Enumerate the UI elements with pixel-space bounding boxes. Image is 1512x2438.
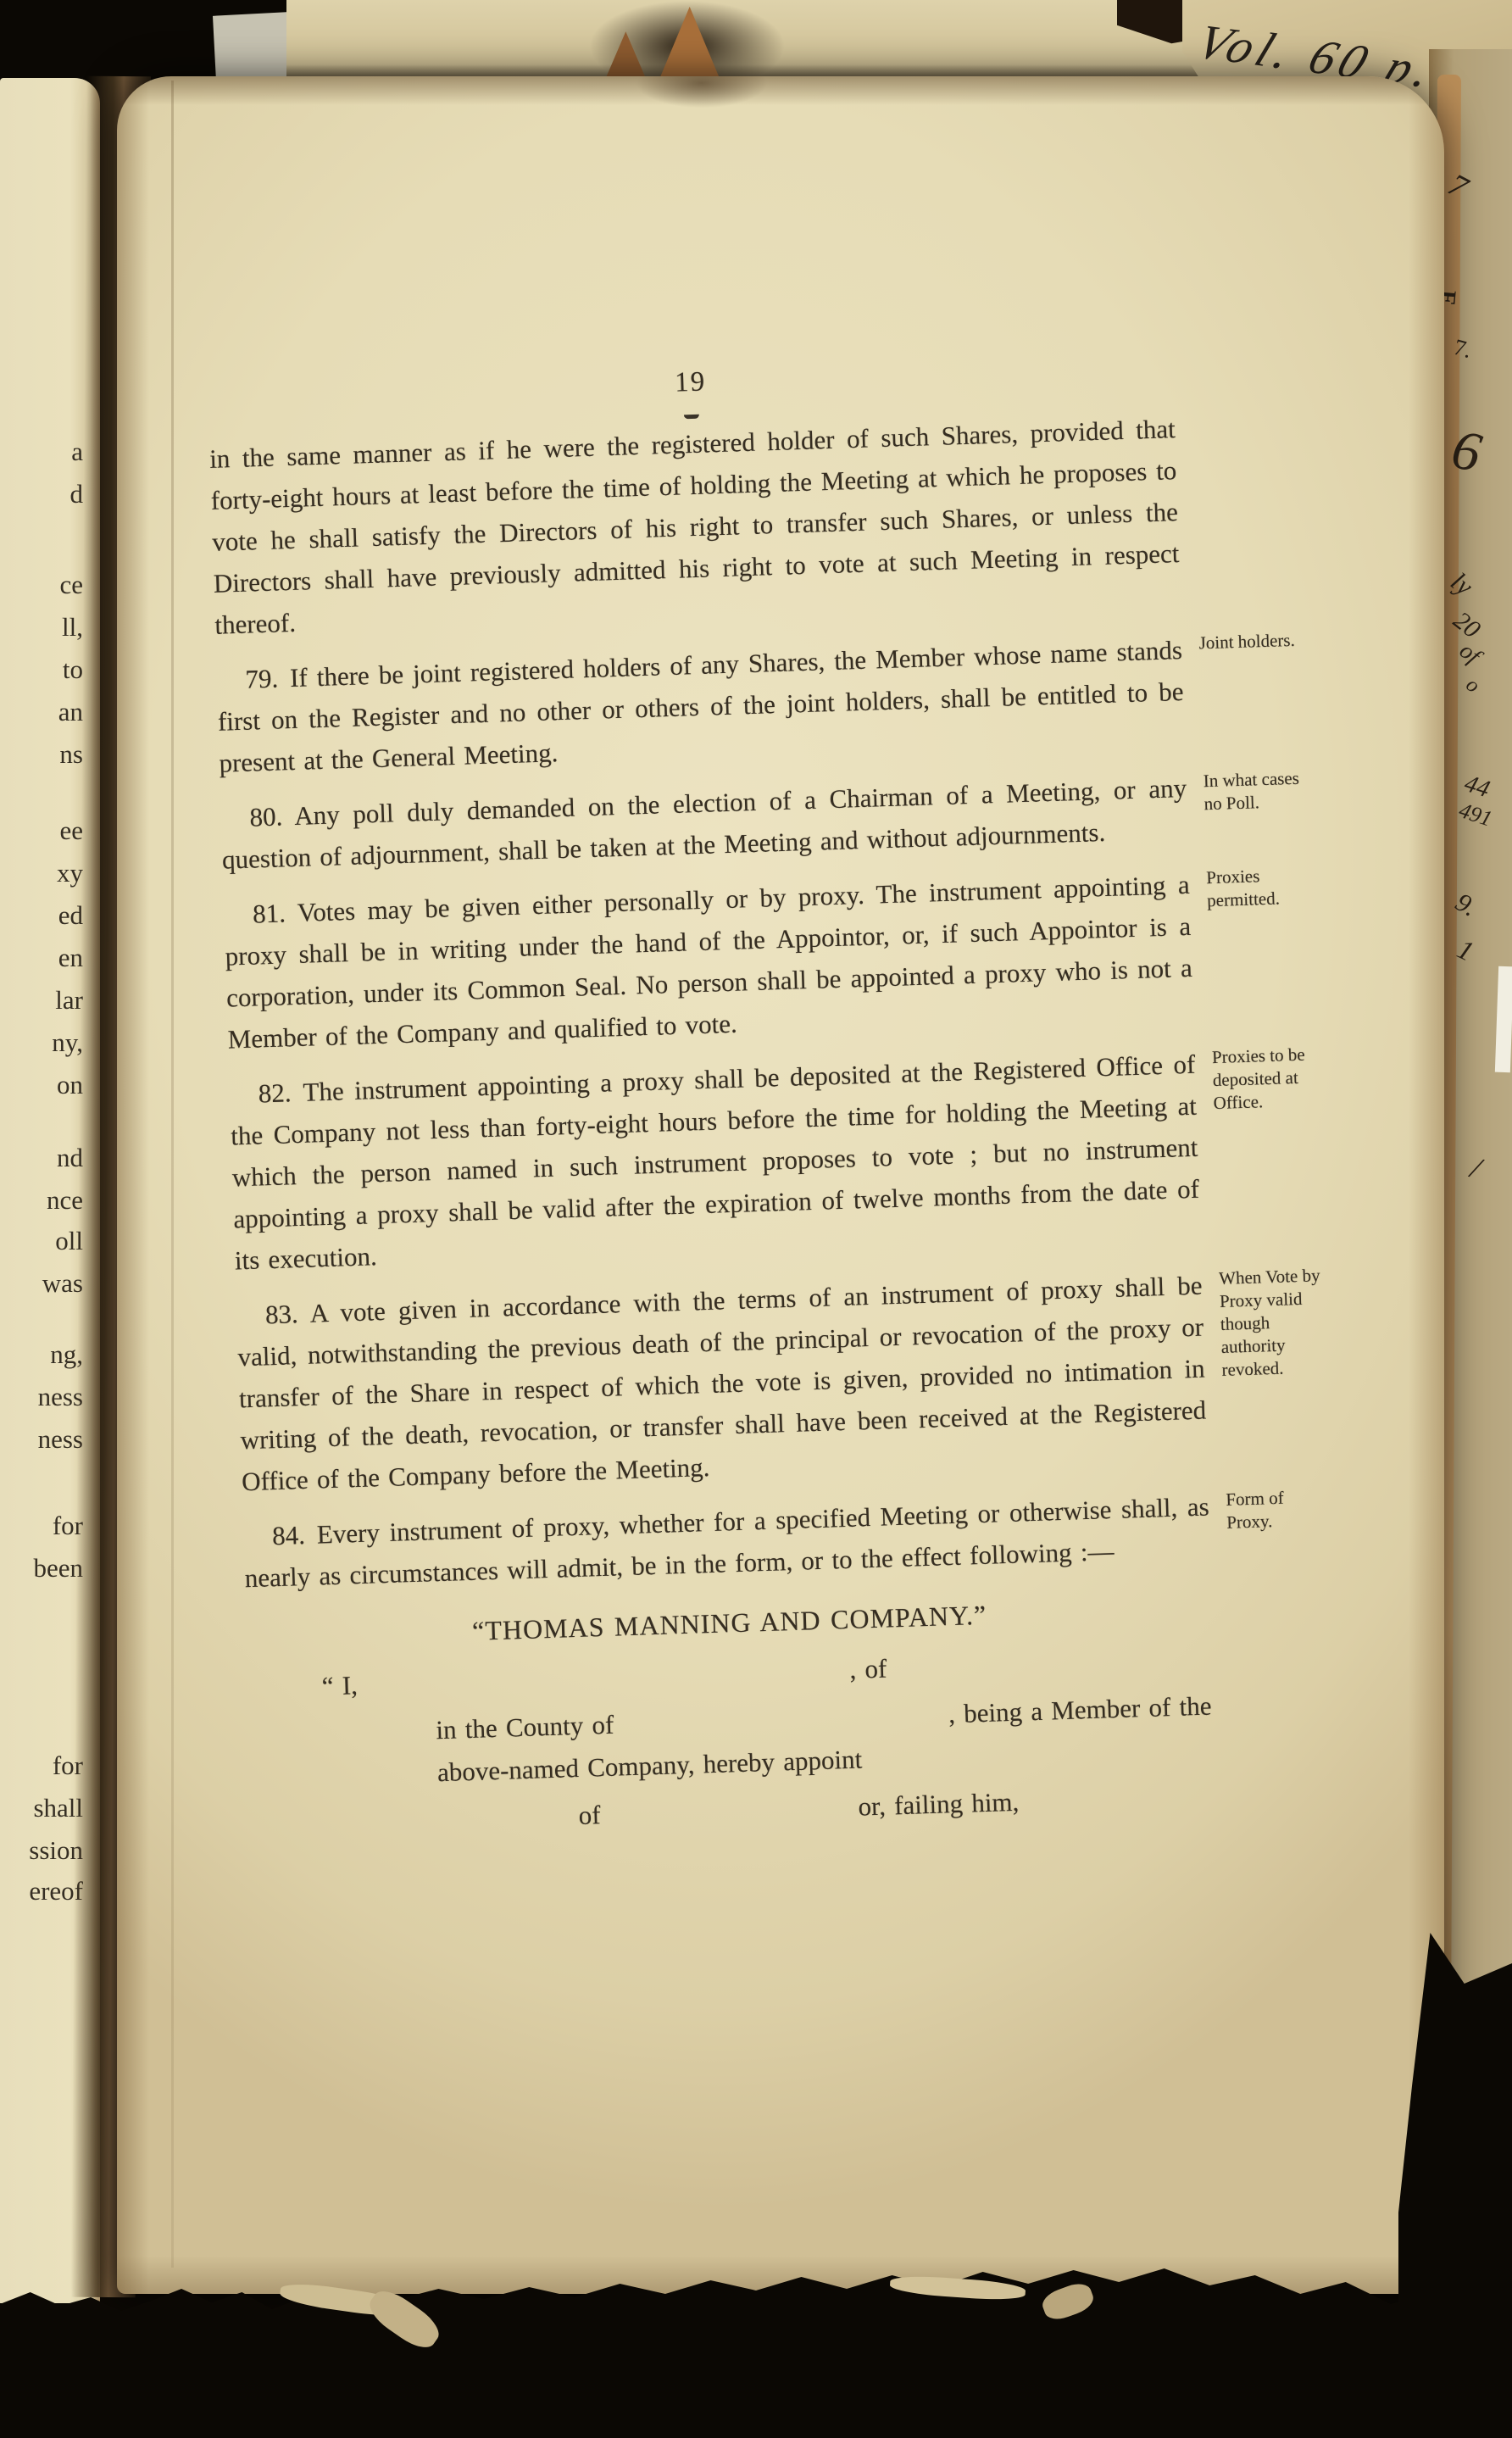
margin-note: In what cases no Poll. [1203, 765, 1340, 815]
paragraph-clause-81: 81.Votes may be given either personally … [223, 864, 1194, 1060]
form-text-county: in the County of [436, 1704, 614, 1751]
paragraph-clause-84: 84.Every instrument of proxy, whether fo… [242, 1485, 1211, 1599]
torn-text-fragment: ns [59, 739, 83, 770]
clause-text: A vote given in accordance with the term… [237, 1271, 1207, 1497]
clause-number: 80. [249, 801, 295, 832]
clause-text: If there be joint registered holders of … [217, 635, 1184, 778]
form-text-of-2: of [578, 1794, 601, 1836]
proxy-form: “ I, , of in the County of , being a Mem… [247, 1632, 1221, 1934]
margin-note: Proxies to be deposited at Office. [1212, 1042, 1349, 1115]
page-content: 19 in the same manner as if he were the … [198, 64, 1222, 1934]
clause-number: 83. [264, 1299, 310, 1330]
torn-text-fragment: to [63, 654, 83, 685]
clause-text: Every instrument of proxy, whether for a… [244, 1491, 1209, 1593]
clause-number: 84. [272, 1520, 318, 1551]
torn-text-fragment: xy [57, 858, 83, 888]
torn-text-fragment: ness [38, 1382, 83, 1412]
margin-note: Form of Proxy. [1226, 1484, 1363, 1534]
form-text-of: , of [849, 1648, 887, 1690]
paragraph-clause-82: 82.The instrument appointing a proxy sha… [229, 1044, 1201, 1282]
torn-text-fragment: nce [47, 1185, 83, 1216]
margin-note: Joint holders. [1198, 627, 1335, 654]
form-text-failing: or, failing him, [858, 1781, 1020, 1828]
clause-text: The instrument appointing a proxy shall … [231, 1049, 1200, 1276]
clause-text: Any poll duly demanded on the election o… [222, 773, 1187, 875]
clause-number: 79. [245, 663, 291, 694]
form-text-i: “ I, [321, 1664, 359, 1706]
paragraph-clause-80: 80.Any poll duly demanded on the electio… [220, 767, 1189, 881]
paragraph-continuation: in the same manner as if he were the reg… [208, 408, 1181, 646]
paragraph-clause-83: 83.A vote given in accordance with the t… [236, 1265, 1208, 1503]
torn-text-fragment: ll, [62, 612, 83, 643]
page-number-flourish [684, 415, 699, 420]
torn-text-fragment: was [42, 1268, 83, 1299]
torn-text-fragment: ee [59, 815, 83, 846]
torn-text-fragment: en [58, 943, 83, 973]
burn-mark [559, 0, 805, 83]
clause-number: 81. [253, 898, 298, 929]
torn-text-fragment: ny, [52, 1027, 83, 1058]
torn-text-fragment: ce [59, 570, 83, 600]
torn-text-fragment: ed [58, 900, 83, 931]
clause-text: Votes may be given either personally or … [225, 870, 1192, 1055]
clause-number: 82. [258, 1077, 303, 1109]
white-paper-sliver [1495, 966, 1512, 1073]
torn-text-fragment: a [71, 437, 83, 467]
page-crease [171, 81, 174, 2268]
torn-text-fragment: lar [55, 985, 83, 1016]
margin-note: Proxies permitted. [1206, 862, 1343, 912]
torn-text-fragment: an [58, 697, 83, 727]
photo-backdrop: { "page": { "number": "19", "heading_quo… [0, 0, 1512, 2438]
page-number: 19 [207, 347, 1174, 419]
form-text-member: , being a Member of the [948, 1685, 1212, 1735]
torn-text-fragment: d [70, 479, 84, 509]
margin-note: When Vote by Proxy valid though authorit… [1219, 1263, 1358, 1382]
paragraph-clause-79: 79.If there be joint registered holders … [216, 629, 1186, 784]
clause-text: in the same manner as if he were the reg… [209, 414, 1180, 640]
